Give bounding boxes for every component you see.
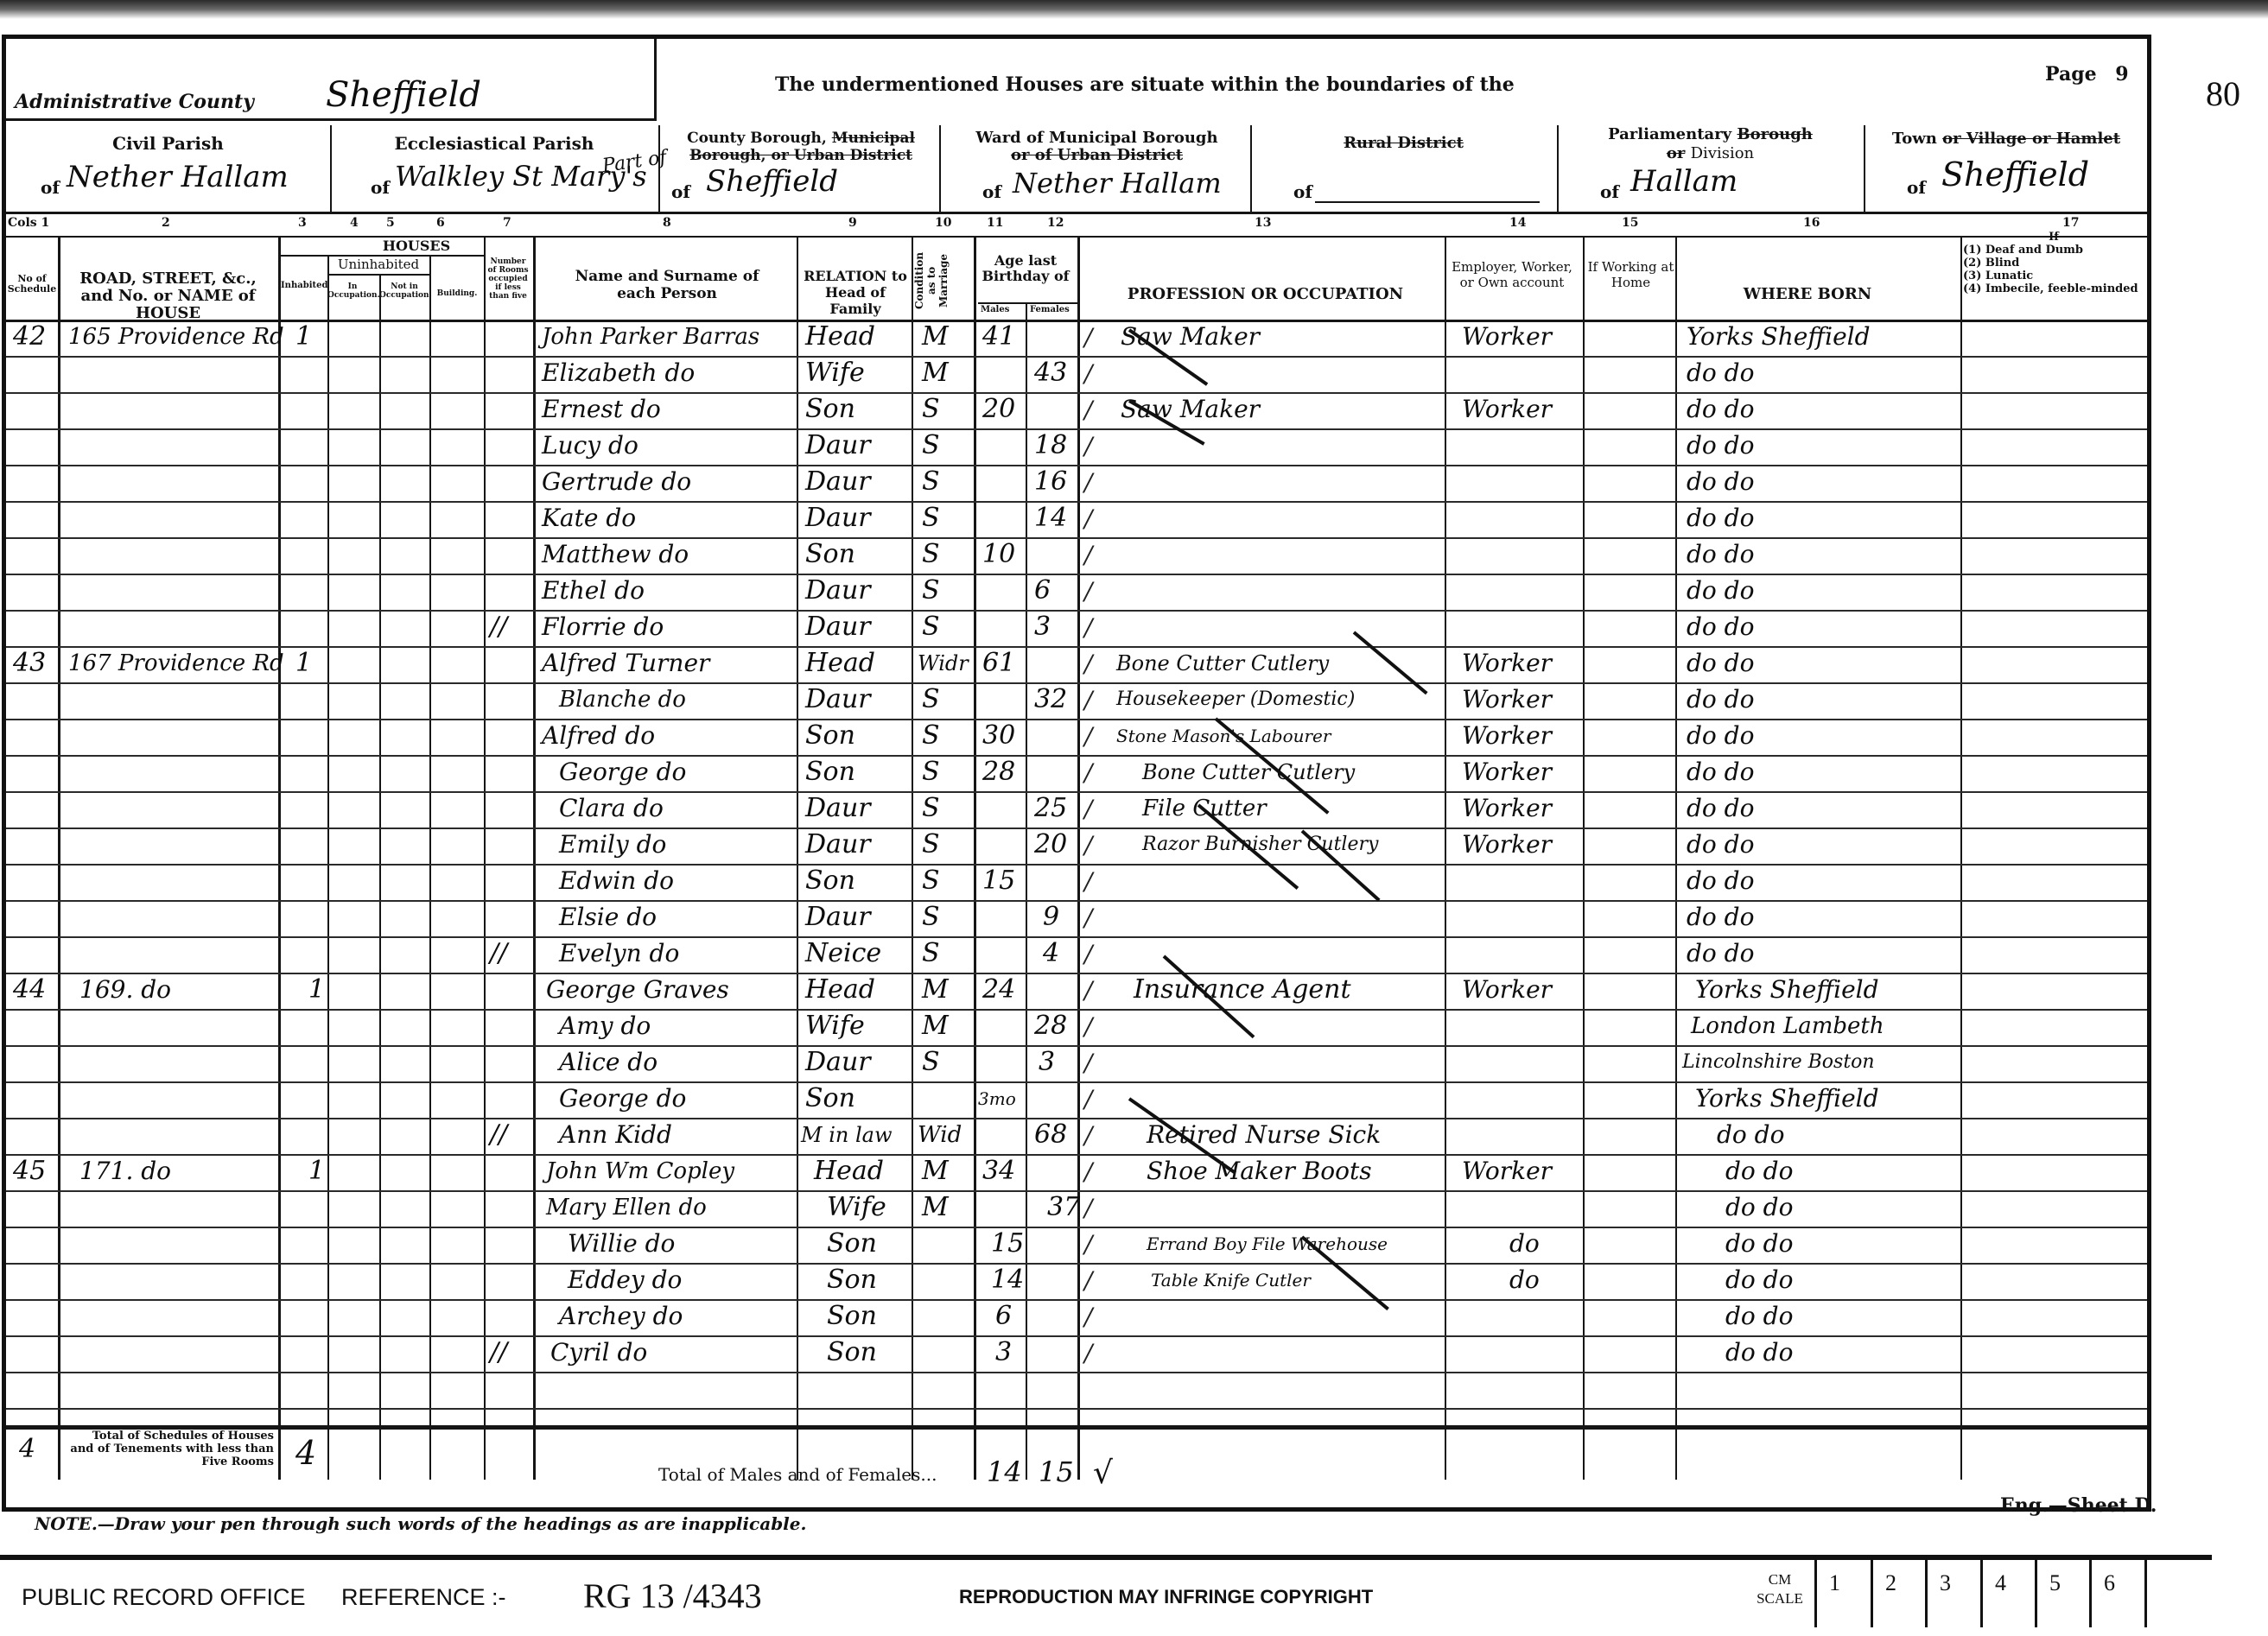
condition: S	[922, 719, 940, 753]
female-age: 28	[1034, 1009, 1067, 1043]
male-age: 3	[995, 1335, 1012, 1370]
town-prefix: of	[1907, 177, 1926, 198]
county-borough-value: Sheffield	[706, 164, 838, 199]
person-name: Matthew do	[542, 537, 689, 572]
female-age: 16	[1034, 465, 1067, 499]
header-inhabited: Inhabited	[281, 281, 326, 290]
birthplace: Lincolnshire Boston	[1682, 1045, 1875, 1080]
relation: Son	[805, 392, 855, 427]
header-females: Females	[1030, 305, 1070, 314]
birthplace: London Lambeth	[1691, 1009, 1884, 1043]
birthplace: Yorks Sheffield	[1695, 1081, 1879, 1116]
person-name: Ann Kidd	[559, 1118, 672, 1152]
female-age: 32	[1034, 682, 1067, 717]
ward-struck: or of Urban District	[1011, 146, 1183, 164]
condition: Widr	[918, 646, 969, 681]
condition: M	[922, 1190, 949, 1225]
relation: Daur	[805, 791, 871, 826]
relation: Daur	[805, 501, 871, 536]
ward-label: Ward of Municipal Borough or of Urban Di…	[943, 130, 1250, 164]
occupation: Errand Boy File Warehouse	[1147, 1227, 1388, 1261]
relation: Wife	[805, 1009, 865, 1043]
birthplace: do do	[1717, 1118, 1784, 1152]
header-rooms: Number of Rooms occupied if less than fi…	[486, 257, 530, 301]
person-name: Alfred do	[542, 719, 655, 753]
county-borough-prefix: of	[671, 181, 690, 202]
male-age: 15	[982, 864, 1015, 898]
table-row: Kate do Daur S 14 do do	[6, 501, 2147, 537]
birthplace: do do	[1687, 465, 1754, 499]
employment-status: Worker	[1462, 320, 1552, 354]
female-age: 4	[1043, 936, 1059, 971]
tick-marks: /////////////////////////////	[1084, 320, 1119, 1373]
condition: M	[922, 320, 949, 354]
person-name: Alice do	[559, 1045, 658, 1080]
table-row: Matthew do Son S 10 do do	[6, 537, 2147, 574]
county-borough-label: County Borough, Municipal Borough, or Ur…	[663, 130, 939, 164]
employment-status: Worker	[1462, 791, 1552, 826]
table-row: Elizabeth do Wife M 43 do do	[6, 356, 2147, 392]
sex-total-label: Total of Males and of Females...	[658, 1464, 937, 1485]
table-row: Mary Ellen do Wife M 37 do do	[6, 1190, 2147, 1227]
household-separator-icon: //	[490, 1335, 507, 1370]
condition: Wid	[918, 1118, 962, 1152]
male-age: 24	[982, 973, 1015, 1007]
person-name: John Parker Barras	[542, 320, 759, 354]
scale-tick: 2	[1871, 1560, 1873, 1627]
record-office-label: PUBLIC RECORD OFFICE	[22, 1584, 306, 1611]
rural-district-prefix: of	[1293, 181, 1312, 202]
col-num-17: 17	[2062, 216, 2079, 230]
col-num-16: 16	[1803, 216, 1820, 230]
table-row: Amy do Wife M 28 London Lambeth	[6, 1009, 2147, 1045]
scale-tick: 1	[1814, 1560, 1817, 1627]
condition: S	[922, 755, 940, 789]
male-age: 61	[982, 646, 1015, 681]
address: 165 Providence Rd	[68, 320, 284, 354]
condition: S	[922, 828, 940, 862]
reference-number: RG 13 /4343	[583, 1576, 762, 1616]
relation: Son	[805, 719, 855, 753]
birthplace: do do	[1725, 1227, 1793, 1261]
rural-district-label: Rural District	[1250, 134, 1557, 152]
birthplace: do do	[1687, 428, 1754, 463]
occupation: Insurance Agent	[1134, 973, 1351, 1007]
birthplace: do do	[1687, 392, 1754, 427]
census-sheet: Page 9 Administrative County Sheffield T…	[2, 35, 2151, 1512]
ecclesiastical-parish-label: Ecclesiastical Parish	[330, 134, 658, 153]
relation: Daur	[805, 610, 871, 644]
relation: Son	[805, 1081, 855, 1116]
scale-tick: 5	[2035, 1560, 2037, 1627]
birthplace: do do	[1687, 900, 1754, 935]
relation: Daur	[805, 682, 871, 717]
county-borough-struck-2: Borough, or Urban District	[689, 147, 912, 164]
relation: Daur	[805, 828, 871, 862]
condition: M	[922, 1154, 949, 1189]
condition: S	[922, 791, 940, 826]
header-age: Age last Birthday of	[978, 253, 1073, 284]
schedules-total-label: Total of Schedules of Houses and of Tene…	[67, 1430, 274, 1468]
birthplace: do do	[1725, 1263, 1793, 1297]
inhabited-count: 1	[308, 973, 325, 1007]
census-table-body: 42 165 Providence Rd 1 John Parker Barra…	[6, 320, 2147, 1425]
relation: Head	[805, 320, 875, 354]
employment-status: Worker	[1462, 392, 1552, 427]
condition: S	[922, 1045, 940, 1080]
relation: Son	[805, 755, 855, 789]
parliamentary-struck-2: or	[1667, 144, 1686, 162]
scale-label: 3	[1940, 1570, 1951, 1596]
relation: Head	[805, 646, 875, 681]
relation: Son	[805, 864, 855, 898]
table-row: Eddey do Son 14 Table Knife Cutler do do…	[6, 1263, 2147, 1299]
birthplace: do do	[1687, 755, 1754, 789]
header-infirmity-1: (1) Deaf and Dumb	[1963, 244, 2144, 257]
inhabited-count: 1	[295, 320, 312, 354]
parliamentary-label: Parliamentary Borough or Division	[1557, 125, 1864, 163]
checkmark-icon: √	[1093, 1455, 1113, 1491]
relation: Son	[827, 1263, 877, 1297]
male-age: 10	[982, 537, 1015, 572]
male-age: 41	[982, 320, 1015, 354]
condition: S	[922, 392, 940, 427]
condition: M	[922, 1009, 949, 1043]
scale-label: 6	[2104, 1570, 2115, 1596]
scale-tick: 6	[2089, 1560, 2092, 1627]
birthplace: do do	[1687, 791, 1754, 826]
occupation: Bone Cutter Cutlery	[1116, 646, 1329, 681]
page-label: Page 9	[2045, 63, 2129, 86]
civil-parish-value: Nether Hallam	[67, 160, 289, 194]
condition: S	[922, 864, 940, 898]
person-name: Mary Ellen do	[546, 1190, 707, 1225]
relation: M in law	[801, 1118, 893, 1152]
header-building: Building.	[431, 289, 483, 298]
cm-scale-label: CM SCALE	[1754, 1570, 1806, 1608]
relation: Daur	[805, 428, 871, 463]
person-name: Archey do	[559, 1299, 683, 1334]
header-relation: RELATION to Head of Family	[799, 268, 912, 317]
page-label-text: Page	[2045, 63, 2097, 86]
relation: Daur	[805, 1045, 871, 1080]
county-borough-struck-1: Municipal	[832, 130, 915, 147]
table-row: Gertrude do Daur S 16 do do	[6, 465, 2147, 501]
address: 169. do	[79, 973, 171, 1007]
instruction-note: NOTE.—Draw your pen through such words o…	[35, 1513, 806, 1534]
males-total: 14	[987, 1455, 1022, 1488]
table-row: 43 167 Providence Rd 1 Alfred Turner Hea…	[6, 646, 2147, 682]
col-num-3: 3	[298, 216, 307, 230]
col-num-9: 9	[848, 216, 857, 230]
table-row: Elsie do Daur S 9 do do	[6, 900, 2147, 936]
birthplace: Yorks Sheffield	[1695, 973, 1879, 1007]
col-num-7: 7	[503, 216, 511, 230]
scale-label: 1	[1829, 1570, 1840, 1596]
houses-total: 4	[295, 1434, 316, 1472]
table-row: 44 169. do 1 George Graves Head M 24 Ins…	[6, 973, 2147, 1009]
employment-status: Worker	[1462, 646, 1552, 681]
table-row: 45 171. do 1 John Wm Copley Head M 34 Sh…	[6, 1154, 2147, 1190]
relation: Son	[827, 1335, 877, 1370]
person-name: Alfred Turner	[542, 646, 709, 681]
schedule-number: 42	[13, 320, 46, 354]
col-num-15: 15	[1622, 216, 1638, 230]
table-row: George do Son 3mo Yorks Sheffield	[6, 1081, 2147, 1118]
header-houses: HOUSES	[343, 238, 490, 254]
occupation: Housekeeper (Domestic)	[1116, 682, 1355, 717]
female-age: 9	[1043, 900, 1059, 935]
header-infirmity-2: (2) Blind	[1963, 257, 2144, 269]
household-separator-icon: //	[490, 610, 507, 644]
col-num-6: 6	[436, 216, 445, 230]
person-name: Elsie do	[559, 900, 657, 935]
male-age: 14	[991, 1263, 1024, 1297]
relation: Head	[814, 1154, 884, 1189]
birthplace: do do	[1687, 646, 1754, 681]
person-name: Elizabeth do	[542, 356, 695, 390]
employment-status: Worker	[1462, 973, 1552, 1007]
parliamentary-label-2: Division	[1691, 144, 1755, 162]
female-age: 3	[1034, 610, 1051, 644]
relation: Son	[827, 1227, 877, 1261]
table-row: 42 165 Providence Rd 1 John Parker Barra…	[6, 320, 2147, 356]
male-age: 28	[982, 755, 1015, 789]
civil-parish-prefix: of	[41, 177, 60, 198]
ward-value: Nether Hallam	[1013, 167, 1222, 200]
col-num-4: 4	[350, 216, 359, 230]
male-age: 3mo	[978, 1081, 1016, 1116]
male-age: 6	[995, 1299, 1012, 1334]
header-employer: Employer, Worker, or Own account	[1447, 259, 1577, 290]
ecclesiastical-parish-prefix: of	[371, 177, 390, 198]
folio-number: 80	[2206, 73, 2240, 114]
female-age: 25	[1034, 791, 1067, 826]
person-name: Emily do	[559, 828, 666, 862]
parliamentary-struck-1: Borough	[1737, 125, 1812, 143]
female-age: 6	[1034, 574, 1051, 608]
col-num-2: 2	[162, 216, 170, 230]
household-separator-icon: //	[490, 936, 507, 971]
town-label: Town or Village or Hamlet	[1868, 130, 2144, 148]
birthplace: do do	[1687, 574, 1754, 608]
relation: Head	[805, 973, 875, 1007]
person-name: Evelyn do	[559, 936, 679, 971]
header-males: Males	[981, 305, 1009, 314]
footer-bar: PUBLIC RECORD OFFICE REFERENCE :- RG 13 …	[0, 1555, 2212, 1636]
person-name: Florrie do	[542, 610, 664, 644]
condition: S	[922, 610, 940, 644]
condition: S	[922, 501, 940, 536]
birthplace: do do	[1687, 682, 1754, 717]
header-not-in-occupation: Not in Occupation.	[379, 282, 429, 300]
condition: S	[922, 428, 940, 463]
male-age: 34	[982, 1154, 1015, 1189]
female-age: 68	[1034, 1118, 1067, 1152]
relation: Son	[805, 537, 855, 572]
birthplace: do do	[1725, 1154, 1793, 1189]
parliamentary-value: Hallam	[1630, 164, 1738, 199]
occupation: Bone Cutter Cutlery	[1142, 755, 1355, 789]
person-name: Kate do	[542, 501, 636, 536]
ward-prefix: of	[982, 181, 1001, 202]
birthplace: do do	[1687, 537, 1754, 572]
relation: Son	[827, 1299, 877, 1334]
header-address: ROAD, STREET, &c., and No. or NAME of HO…	[62, 270, 274, 322]
occupation: Table Knife Cutler	[1151, 1263, 1311, 1297]
table-row: // Evelyn do Neice S 4 do do	[6, 936, 2147, 973]
reference-label: REFERENCE :-	[341, 1584, 506, 1611]
birthplace: do do	[1687, 828, 1754, 862]
table-row: // Florrie do Daur S 3 do do	[6, 610, 2147, 646]
person-name: Ernest do	[542, 392, 661, 427]
schedule-number: 44	[13, 973, 46, 1007]
town-value: Sheffield	[1941, 155, 2089, 193]
schedule-number: 43	[13, 646, 46, 681]
header-infirmity-title: If	[1963, 231, 2144, 244]
person-name: George do	[559, 755, 686, 789]
condition: S	[922, 900, 940, 935]
header-infirmity: If (1) Deaf and Dumb (2) Blind (3) Lunat…	[1963, 231, 2144, 295]
administrative-county-value: Sheffield	[326, 75, 481, 115]
employment-status: Worker	[1462, 719, 1552, 753]
female-age: 20	[1034, 828, 1067, 862]
scale-label: 2	[1885, 1570, 1896, 1596]
town-label-1: Town	[1892, 130, 1937, 148]
birthplace: do do	[1687, 501, 1754, 536]
birthplace: do do	[1687, 356, 1754, 390]
relation: Neice	[805, 936, 881, 971]
scale-tick: 4	[1980, 1560, 1983, 1627]
female-age: 3	[1039, 1045, 1055, 1080]
condition: S	[922, 537, 940, 572]
birthplace: do do	[1687, 864, 1754, 898]
header-condition: Condition as to Marriage	[913, 246, 936, 315]
table-row: Lucy do Daur S 18 do do	[6, 428, 2147, 465]
table-row: Ethel do Daur S 6 do do	[6, 574, 2147, 610]
copyright-notice: REPRODUCTION MAY INFRINGE COPYRIGHT	[959, 1586, 1373, 1608]
person-name: Clara do	[559, 791, 664, 826]
employment-status: Worker	[1462, 682, 1552, 717]
birthplace: do do	[1725, 1299, 1793, 1334]
table-row: Blanche do Daur S 32 Housekeeper (Domest…	[6, 682, 2147, 719]
col-num-12: 12	[1047, 216, 1064, 230]
page-number: 9	[2115, 63, 2128, 86]
birthplace: do do	[1687, 936, 1754, 971]
person-name: Willie do	[568, 1227, 675, 1261]
female-age: 43	[1034, 356, 1067, 390]
header-infirmity-3: (3) Lunatic	[1963, 269, 2144, 282]
condition: M	[922, 356, 949, 390]
birthplace: do do	[1725, 1190, 1793, 1225]
inhabited-count: 1	[308, 1154, 325, 1189]
person-name: John Wm Copley	[546, 1154, 734, 1189]
scale-label: 4	[1995, 1570, 2006, 1596]
condition: S	[922, 682, 940, 717]
table-row: // Cyril do Son 3 do do	[6, 1335, 2147, 1372]
birthplace: do do	[1687, 719, 1754, 753]
town-struck: or Village or Hamlet	[1942, 130, 2120, 148]
col-num-11: 11	[987, 216, 1003, 230]
relation: Daur	[805, 574, 871, 608]
header-infirmity-4: (4) Imbecile, feeble-minded	[1963, 282, 2144, 295]
administrative-county-label: Administrative County	[15, 91, 254, 113]
employment-status: do	[1509, 1227, 1540, 1261]
females-total: 15	[1039, 1455, 1074, 1488]
person-name: George do	[559, 1081, 686, 1116]
table-row: Willie do Son 15 Errand Boy File Warehou…	[6, 1227, 2147, 1263]
male-age: 15	[991, 1227, 1024, 1261]
parliamentary-prefix: of	[1600, 181, 1619, 202]
relation: Daur	[805, 900, 871, 935]
condition: S	[922, 574, 940, 608]
col-num-14: 14	[1509, 216, 1526, 230]
table-row: Emily do Daur S 20 Razor Burnisher Cutle…	[6, 828, 2147, 864]
header-uninhabited: Uninhabited	[327, 257, 429, 272]
col-num-5: 5	[386, 216, 395, 230]
relation: Wife	[805, 356, 865, 390]
county-borough-label-1: County Borough,	[687, 130, 827, 147]
birthplace: Yorks Sheffield	[1687, 320, 1871, 354]
header-schedule: No of Schedule	[6, 274, 58, 295]
person-name: Blanche do	[559, 682, 686, 717]
civil-parish-label: Civil Parish	[6, 134, 330, 153]
male-age: 20	[982, 392, 1015, 427]
female-age: 18	[1034, 428, 1067, 463]
schedule-number: 45	[13, 1154, 46, 1189]
header-occupation: PROFESSION OR OCCUPATION	[1086, 285, 1445, 303]
employment-status: do	[1509, 1263, 1540, 1297]
scale-label: 5	[2049, 1570, 2061, 1596]
birthplace: do do	[1687, 610, 1754, 644]
col-num-8: 8	[663, 216, 671, 230]
employment-status: Worker	[1462, 755, 1552, 789]
table-row: Alfred do Son S 30 Stone Mason's Laboure…	[6, 719, 2147, 755]
header-where-born: WHERE BORN	[1678, 285, 1937, 303]
address: 171. do	[79, 1154, 171, 1189]
birthplace: do do	[1725, 1335, 1793, 1370]
person-name: Eddey do	[568, 1263, 682, 1297]
person-name: Edwin do	[559, 864, 674, 898]
person-name: Lucy do	[542, 428, 638, 463]
condition: S	[922, 465, 940, 499]
table-row: // Ann Kidd M in law Wid 68 Retired Nurs…	[6, 1118, 2147, 1154]
col-num-10: 10	[935, 216, 951, 230]
female-age: 14	[1034, 501, 1067, 536]
schedules-total: 4	[19, 1434, 35, 1464]
ward-label-1: Ward of Municipal Borough	[975, 129, 1217, 147]
female-age: 37	[1047, 1190, 1080, 1225]
header-name: Name and Surname of each Person	[559, 268, 775, 302]
col-num-1: Cols 1	[8, 216, 49, 230]
occupation: Shoe Maker Boots	[1147, 1154, 1372, 1189]
employment-status: Worker	[1462, 1154, 1552, 1189]
relation: Daur	[805, 465, 871, 499]
sheet-label: Eng.—Sheet D.	[2000, 1494, 2157, 1517]
employment-status: Worker	[1462, 828, 1552, 862]
person-name: Amy do	[559, 1009, 651, 1043]
scale-tick	[2144, 1560, 2147, 1627]
table-row: Ernest do Son S 20 Saw Maker Worker do d…	[6, 392, 2147, 428]
condition: M	[922, 973, 949, 1007]
condition: S	[922, 936, 940, 971]
person-name: Gertrude do	[542, 465, 691, 499]
table-row: Archey do Son 6 do do	[6, 1299, 2147, 1335]
inhabited-count: 1	[295, 646, 312, 681]
person-name: George Graves	[546, 973, 729, 1007]
table-row: George do Son S 28 Bone Cutter Cutlery W…	[6, 755, 2147, 791]
header-working-home: If Working at Home	[1585, 259, 1676, 290]
